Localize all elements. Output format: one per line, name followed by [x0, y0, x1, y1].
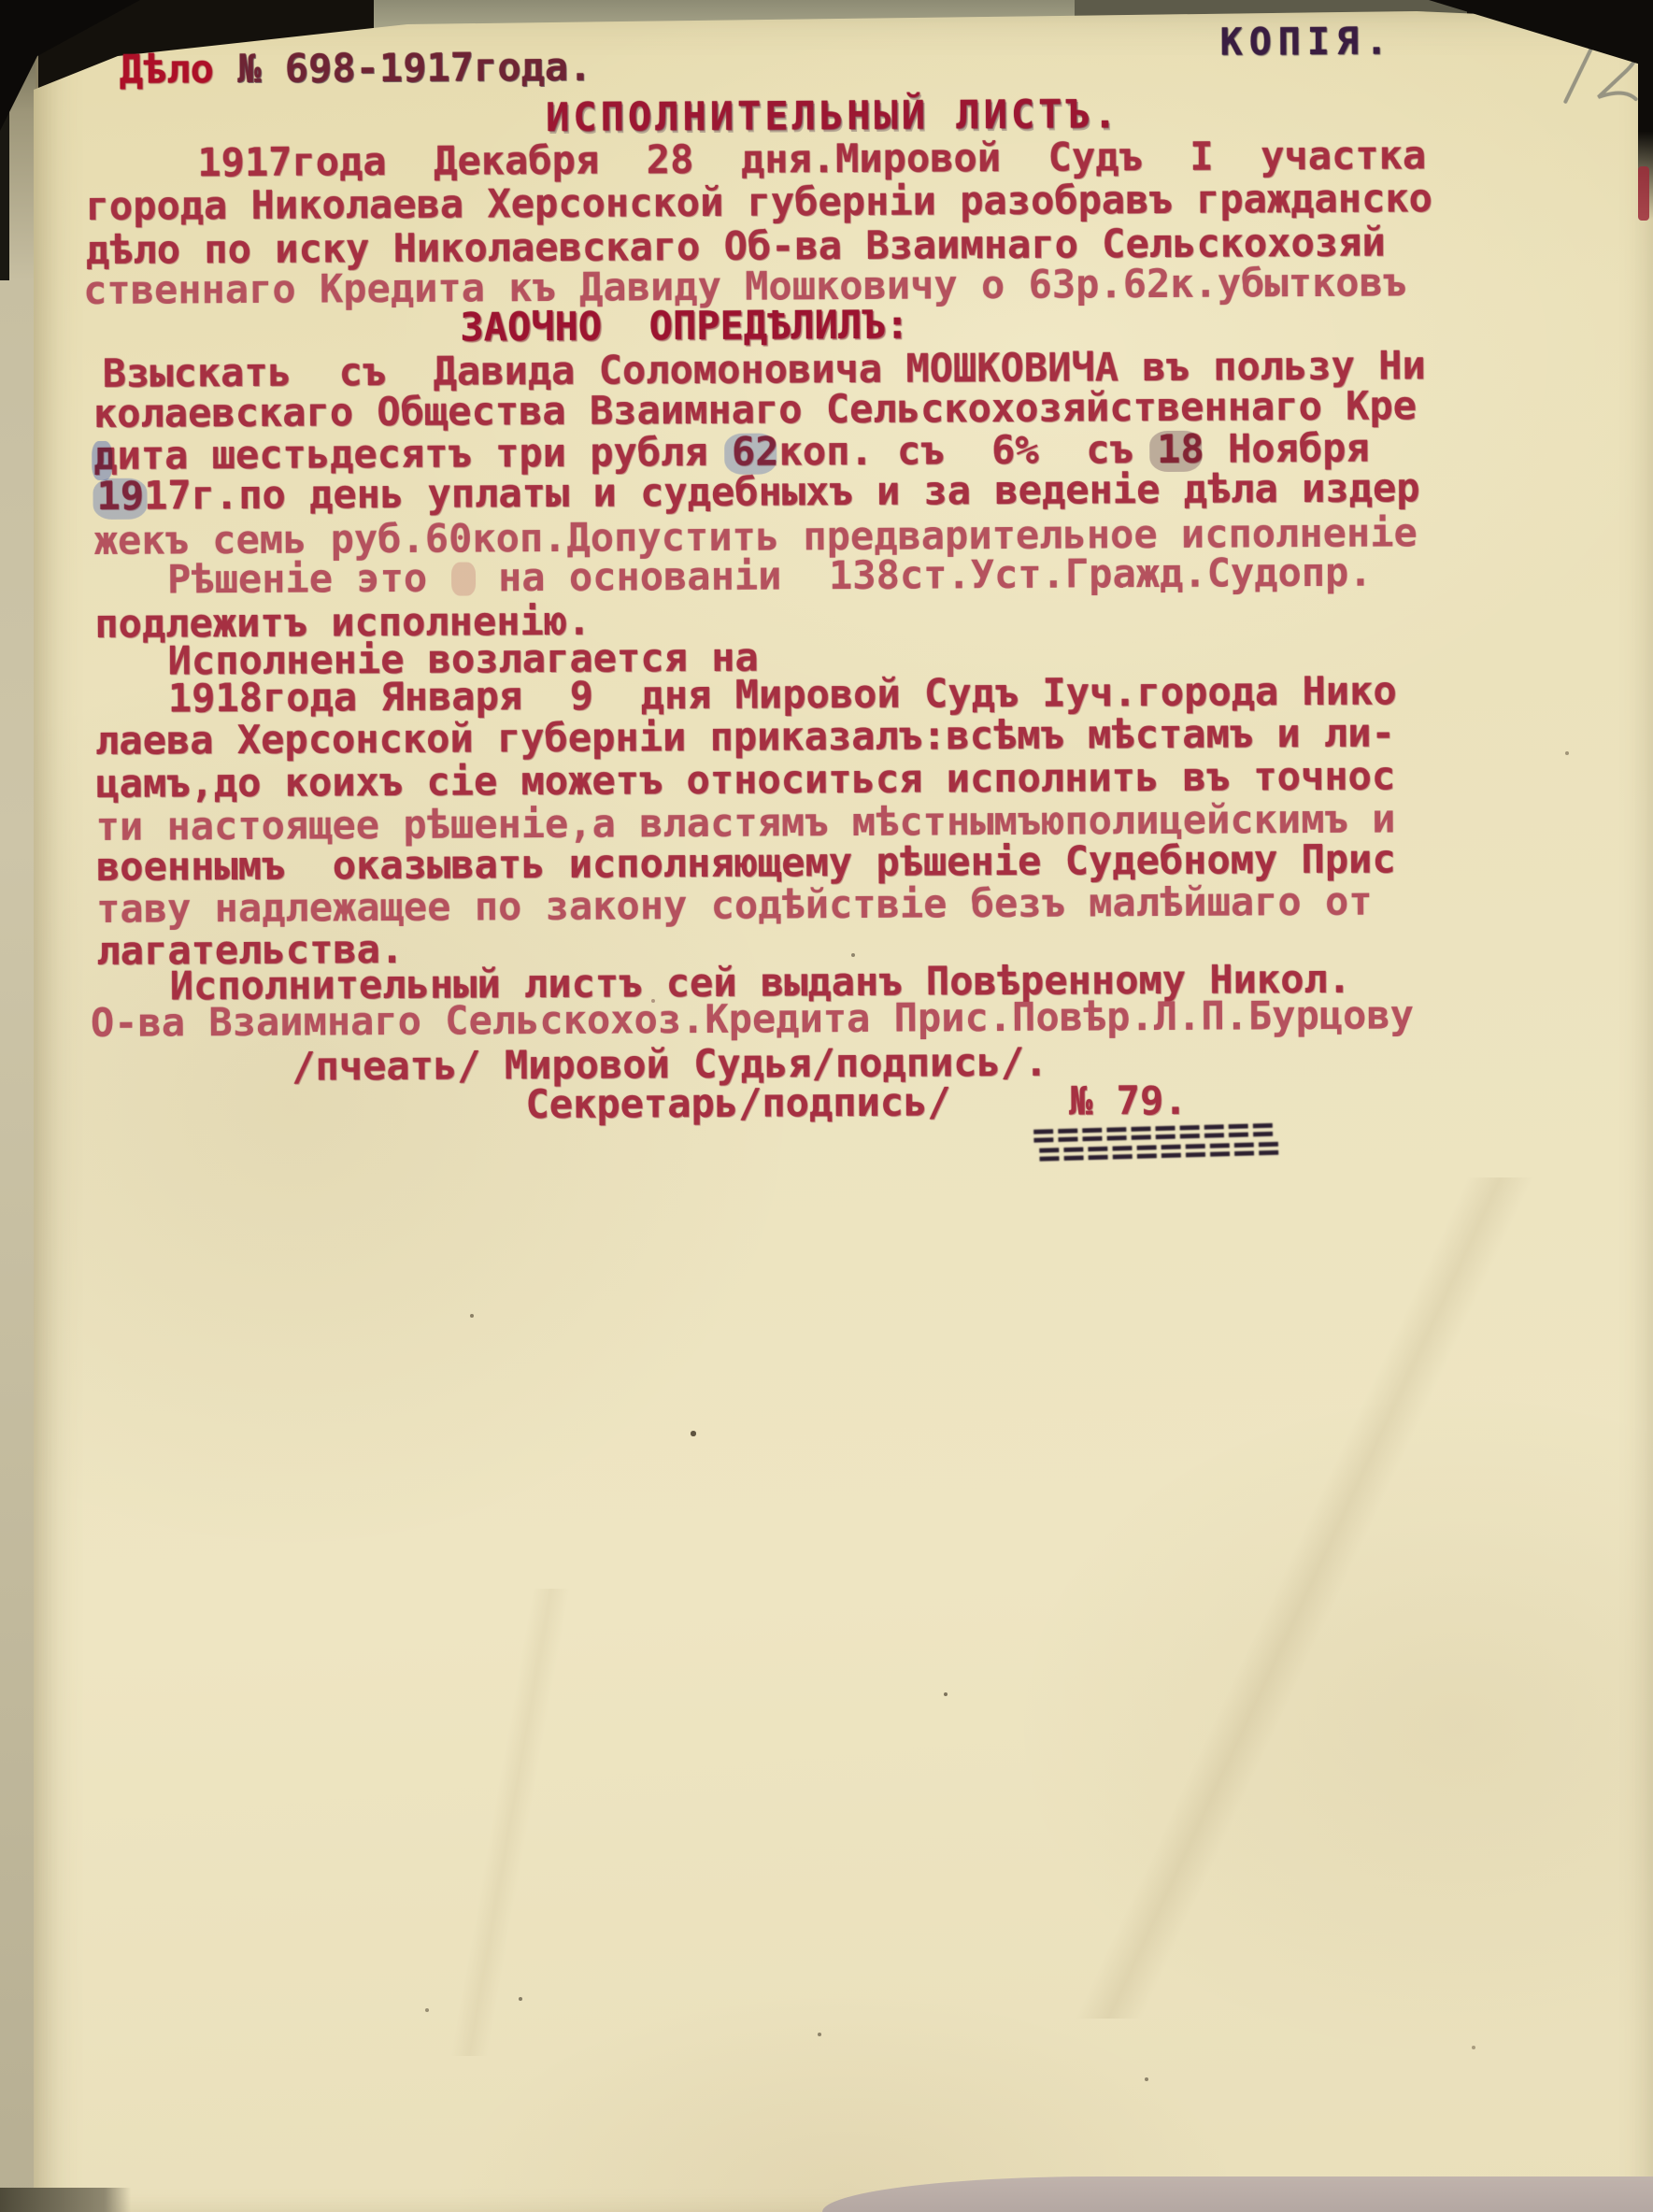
document-line-22: О-ва Взаимнаго Сельскохоз.Кредита Прис.П… [91, 993, 1414, 1045]
photo-background: Дѣло № 698-1917года. КОПІЯ. ИСПОЛНИТЕЛЬН… [0, 0, 1653, 2212]
blue-ink-correction [724, 434, 777, 475]
document-title: ИСПОЛНИТЕЛЬНЫЙ ЛИСТЪ. [546, 93, 1120, 139]
case-number-label: Дѣло [120, 46, 238, 93]
document-text-layer: Дѣло № 698-1917года. КОПІЯ. ИСПОЛНИТЕЛЬН… [33, 0, 1653, 2212]
blue-ink-correction [93, 478, 147, 520]
book-edge-left [0, 0, 38, 2212]
copy-label: КОПІЯ. [1219, 20, 1394, 64]
underlying-surface-bottom [822, 2176, 1653, 2212]
red-ink-edge-mark [1638, 166, 1649, 221]
document-line-19: таву надлежащее по закону содѣйствіе без… [96, 880, 1373, 931]
case-number-value: № 698-1917года. [237, 44, 592, 92]
stamp-dashes-row2: ========== [1037, 1127, 1282, 1177]
dark-ink-overstrike [1149, 431, 1202, 472]
underlying-surface-bottom-left [0, 2188, 131, 2212]
document-line-11: Рѣшеніе это на основаніи 138ст.Уст.Гражд… [167, 551, 1373, 602]
faint-ink-overstrike [451, 562, 476, 595]
case-number: Дѣло № 698-1917года. [120, 46, 592, 92]
document-line-5: ЗАОЧНО ОПРЕДѢЛИЛЪ: [460, 304, 909, 350]
blue-ink-correction [92, 441, 112, 480]
